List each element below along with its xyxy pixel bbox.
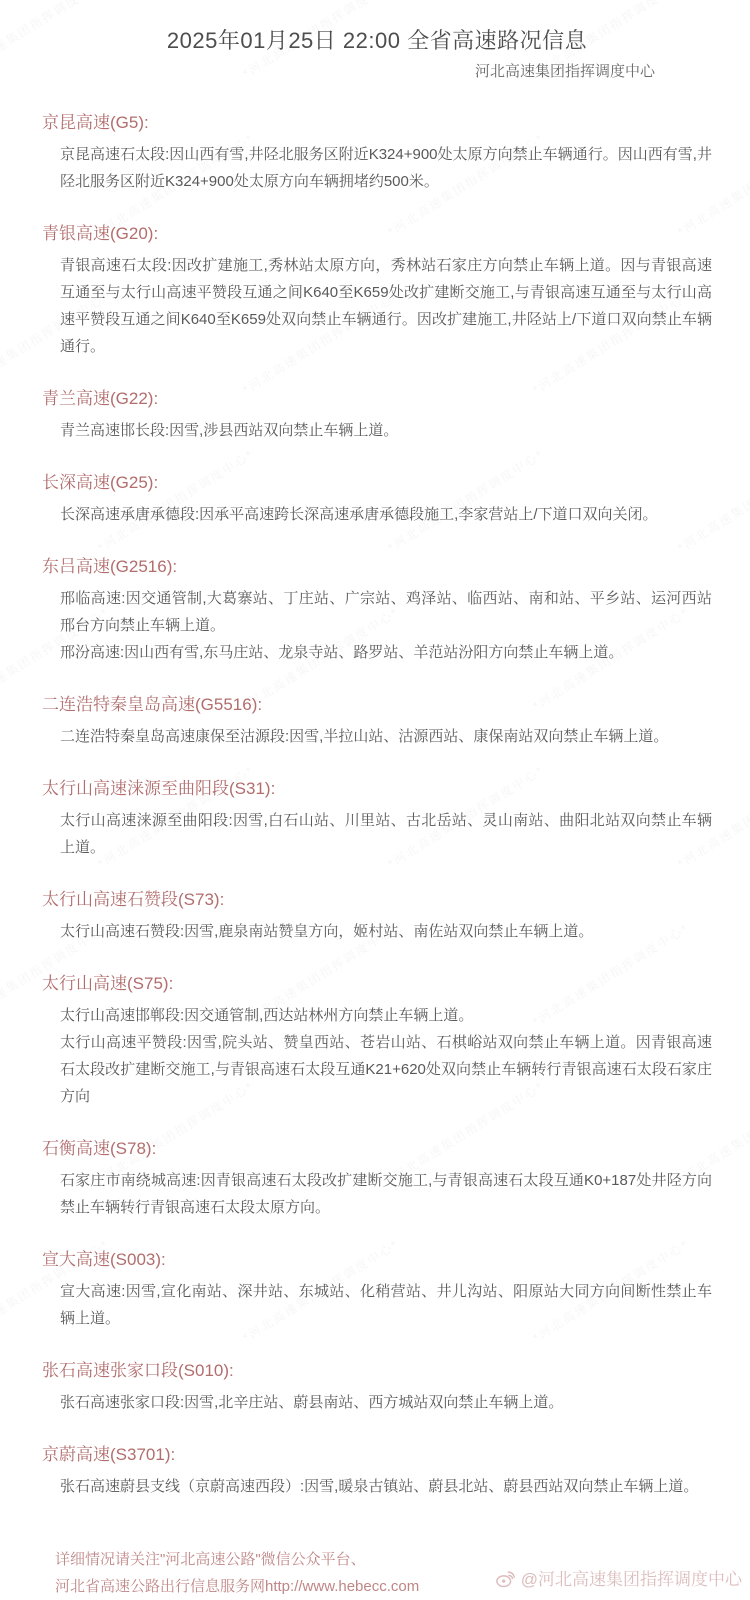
weibo-credit-text: @河北高速集团指挥调度中心 bbox=[521, 1565, 742, 1590]
road-paragraph: 太行山高速平赞段:因雪,院头站、赞皇西站、苍岩山站、石棋峪站双向禁止车辆上道。因… bbox=[42, 1029, 712, 1110]
road-section: 青银高速(G20): 青银高速石太段:因改扩建施工,秀林站太原方向，秀林站石家庄… bbox=[42, 222, 712, 360]
road-paragraph: 青兰高速邯长段:因雪,涉县西站双向禁止车辆上道。 bbox=[42, 417, 712, 444]
road-paragraph: 石家庄市南绕城高速:因青银高速石太段改扩建断交施工,与青银高速石太段互通K0+1… bbox=[42, 1167, 712, 1221]
attribution: 河北高速集团指挥调度中心 bbox=[42, 60, 712, 84]
bulletin-content: 2025年01月25日 22:00 全省高速路况信息 河北高速集团指挥调度中心 … bbox=[0, 0, 750, 1600]
road-heading: 青银高速(G20): bbox=[42, 222, 712, 245]
weibo-watermark: @河北高速集团指挥调度中心 bbox=[495, 1565, 742, 1590]
road-paragraph: 京昆高速石太段:因山西有雪,井陉北服务区附近K324+900处太原方向禁止车辆通… bbox=[42, 141, 712, 195]
weibo-icon bbox=[495, 1568, 517, 1588]
road-paragraph: 张石高速蔚县支线（京蔚高速西段）:因雪,暖泉古镇站、蔚县北站、蔚县西站双向禁止车… bbox=[42, 1473, 712, 1500]
road-paragraph: 太行山高速石赞段:因雪,鹿泉南站赞皇方向，姬村站、南佐站双向禁止车辆上道。 bbox=[42, 918, 712, 945]
road-section: 太行山高速(S75): 太行山高速邯郸段:因交通管制,西达站林州方向禁止车辆上道… bbox=[42, 972, 712, 1110]
road-section: 长深高速(G25): 长深高速承唐承德段:因承平高速跨长深高速承唐承德段施工,李… bbox=[42, 471, 712, 528]
road-heading: 长深高速(G25): bbox=[42, 471, 712, 494]
road-section: 东吕高速(G2516): 邢临高速:因交通管制,大葛寨站、丁庄站、广宗站、鸡泽站… bbox=[42, 555, 712, 666]
road-heading: 张石高速张家口段(S010): bbox=[42, 1359, 712, 1382]
road-paragraph: 宣大高速:因雪,宣化南站、深井站、东城站、化稍营站、井儿沟站、阳原站大同方向间断… bbox=[42, 1278, 712, 1332]
road-paragraph: 二连浩特秦皇岛高速康保至沽源段:因雪,半拉山站、沽源西站、康保南站双向禁止车辆上… bbox=[42, 723, 712, 750]
road-section: 京昆高速(G5): 京昆高速石太段:因山西有雪,井陉北服务区附近K324+900… bbox=[42, 111, 712, 195]
road-heading: 宣大高速(S003): bbox=[42, 1248, 712, 1271]
road-heading: 青兰高速(G22): bbox=[42, 387, 712, 410]
road-paragraph: 张石高速张家口段:因雪,北辛庄站、蔚县南站、西方城站双向禁止车辆上道。 bbox=[42, 1389, 712, 1416]
page-title: 2025年01月25日 22:00 全省高速路况信息 bbox=[42, 26, 712, 56]
road-heading: 太行山高速(S75): bbox=[42, 972, 712, 995]
road-heading: 京蔚高速(S3701): bbox=[42, 1443, 712, 1466]
road-heading: 东吕高速(G2516): bbox=[42, 555, 712, 578]
road-paragraph: 邢汾高速:因山西有雪,东马庄站、龙泉寺站、路罗站、羊范站汾阳方向禁止车辆上道。 bbox=[42, 639, 712, 666]
road-section: 太行山高速涞源至曲阳段(S31): 太行山高速涞源至曲阳段:因雪,白石山站、川里… bbox=[42, 777, 712, 861]
road-heading: 太行山高速涞源至曲阳段(S31): bbox=[42, 777, 712, 800]
road-section: 青兰高速(G22): 青兰高速邯长段:因雪,涉县西站双向禁止车辆上道。 bbox=[42, 387, 712, 444]
road-paragraph: 邢临高速:因交通管制,大葛寨站、丁庄站、广宗站、鸡泽站、临西站、南和站、平乡站、… bbox=[42, 585, 712, 639]
road-heading: 太行山高速石赞段(S73): bbox=[42, 888, 712, 911]
road-section: 太行山高速石赞段(S73): 太行山高速石赞段:因雪,鹿泉南站赞皇方向，姬村站、… bbox=[42, 888, 712, 945]
road-paragraph: 太行山高速邯郸段:因交通管制,西达站林州方向禁止车辆上道。 bbox=[42, 1002, 712, 1029]
road-paragraph: 太行山高速涞源至曲阳段:因雪,白石山站、川里站、古北岳站、灵山南站、曲阳北站双向… bbox=[42, 807, 712, 861]
road-section: 宣大高速(S003): 宣大高速:因雪,宣化南站、深井站、东城站、化稍营站、井儿… bbox=[42, 1248, 712, 1332]
road-section: 二连浩特秦皇岛高速(G5516): 二连浩特秦皇岛高速康保至沽源段:因雪,半拉山… bbox=[42, 693, 712, 750]
road-section: 京蔚高速(S3701): 张石高速蔚县支线（京蔚高速西段）:因雪,暖泉古镇站、蔚… bbox=[42, 1443, 712, 1500]
road-section: 石衡高速(S78): 石家庄市南绕城高速:因青银高速石太段改扩建断交施工,与青银… bbox=[42, 1137, 712, 1221]
road-heading: 石衡高速(S78): bbox=[42, 1137, 712, 1160]
road-sections-list: 京昆高速(G5): 京昆高速石太段:因山西有雪,井陉北服务区附近K324+900… bbox=[42, 111, 712, 1500]
bulletin-page: *河北高速集团指挥调度中心**河北高速集团指挥调度中心**河北高速集团指挥调度中… bbox=[0, 0, 750, 1600]
road-heading: 京昆高速(G5): bbox=[42, 111, 712, 134]
road-paragraph: 长深高速承唐承德段:因承平高速跨长深高速承唐承德段施工,李家营站上/下道口双向关… bbox=[42, 501, 712, 528]
road-paragraph: 青银高速石太段:因改扩建施工,秀林站太原方向，秀林站石家庄方向禁止车辆上道。因与… bbox=[42, 252, 712, 360]
road-section: 张石高速张家口段(S010): 张石高速张家口段:因雪,北辛庄站、蔚县南站、西方… bbox=[42, 1359, 712, 1416]
road-heading: 二连浩特秦皇岛高速(G5516): bbox=[42, 693, 712, 716]
